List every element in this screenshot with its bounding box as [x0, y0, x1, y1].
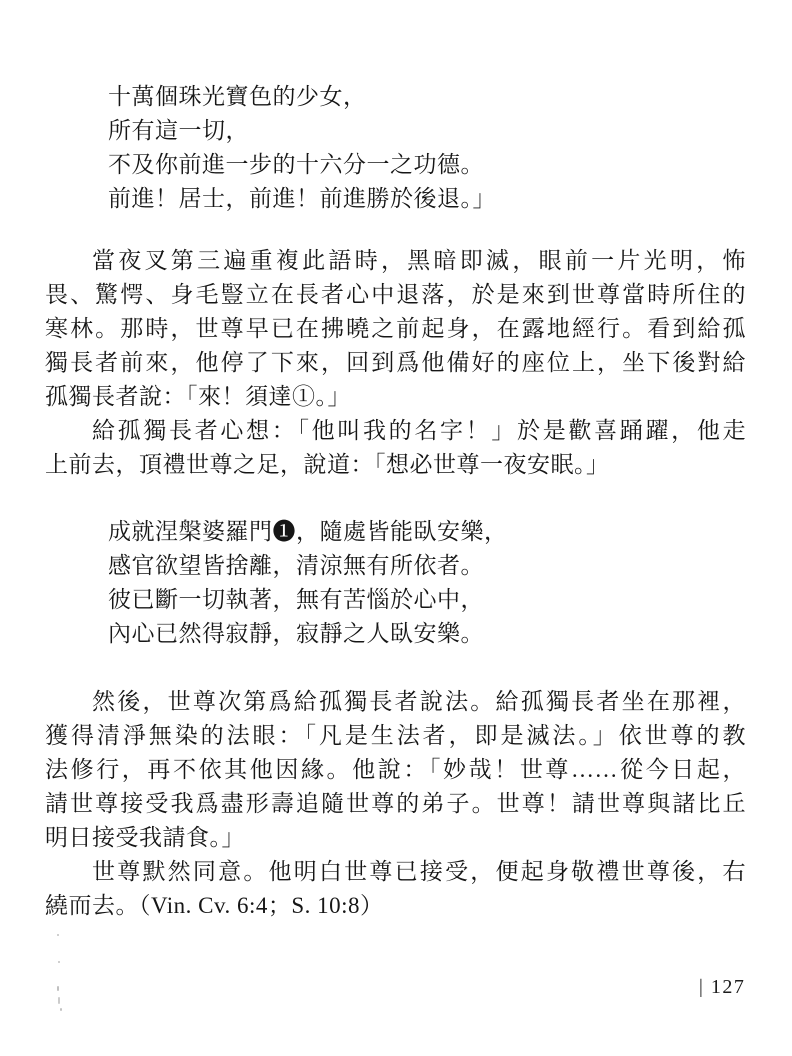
body-line: 當夜叉第三遍重複此語時，黑暗即滅，眼前一片光明，怖 [45, 244, 746, 278]
verse-line: 成就涅槃婆羅門❶，隨處皆能臥安樂， [45, 515, 746, 549]
verse-line: 不及你前進一步的十六分一之功德。 [45, 148, 746, 182]
page-number: | 127 [699, 975, 745, 999]
body-line: 給孤獨長者心想：「他叫我的名字！」於是歡喜踊躍，他走 [45, 414, 746, 448]
body-line: 明日接受我請食。」 [45, 821, 746, 855]
citation-line: 繞而去。（Vin. Cv. 6:4；S. 10:8） [45, 889, 746, 923]
verse-middle: 成就涅槃婆羅門❶，隨處皆能臥安樂， 感官欲望皆捨離，清涼無有所依者。 彼已斷一切… [45, 515, 746, 651]
verse-line: 彼已斷一切執著，無有苦惱於心中， [45, 583, 746, 617]
body-line: 請世尊接受我爲盡形壽追隨世尊的弟子。世尊！請世尊與諸比丘 [45, 787, 746, 821]
page-content: 十萬個珠光寶色的少女， 所有這一切， 不及你前進一步的十六分一之功德。 前進！居… [45, 80, 746, 923]
scan-artifact [58, 997, 60, 1004]
page-number-separator: | [699, 974, 703, 999]
verse-opening: 十萬個珠光寶色的少女， 所有這一切， 不及你前進一步的十六分一之功德。 前進！居… [45, 80, 746, 216]
verse-line: 前進！居士，前進！前進勝於後退。」 [45, 182, 746, 216]
paragraph-2: 然後，世尊次第爲給孤獨長者說法。給孤獨長者坐在那裡， 獲得清淨無染的法眼：「凡是… [45, 685, 746, 923]
verse-line: 感官欲望皆捨離，清涼無有所依者。 [45, 549, 746, 583]
body-line: 法修行，再不依其他因緣。他說：「妙哉！世尊……從今日起， [45, 753, 746, 787]
body-line: 孤獨長者說：「來！須達①。」 [45, 380, 746, 414]
page-number-value: 127 [711, 975, 746, 999]
scan-artifact [58, 961, 60, 963]
body-line: 然後，世尊次第爲給孤獨長者說法。給孤獨長者坐在那裡， [45, 685, 746, 719]
scan-artifact [57, 986, 59, 991]
paragraph-1: 當夜叉第三遍重複此語時，黑暗即滅，眼前一片光明，怖 畏、驚愕、身毛豎立在長者心中… [45, 244, 746, 482]
verse-line: 十萬個珠光寶色的少女， [45, 80, 746, 114]
body-line: 獨長者前來，他停了下來，回到爲他備好的座位上，坐下後對給 [45, 346, 746, 380]
body-line: 上前去，頂禮世尊之足，說道：「想必世尊一夜安眠。」 [45, 448, 746, 482]
body-line: 世尊默然同意。他明白世尊已接受，便起身敬禮世尊後，右 [45, 855, 746, 889]
verse-line: 所有這一切， [45, 114, 746, 148]
body-line: 獲得清淨無染的法眼：「凡是生法者，即是滅法。」依世尊的教 [45, 719, 746, 753]
body-line: 寒林。那時，世尊早已在拂曉之前起身，在露地經行。看到給孤 [45, 312, 746, 346]
book-page: 十萬個珠光寶色的少女， 所有這一切， 不及你前進一步的十六分一之功德。 前進！居… [0, 0, 792, 1056]
scan-artifact [60, 1008, 62, 1011]
scan-artifact [57, 934, 59, 936]
body-line: 畏、驚愕、身毛豎立在長者心中退落，於是來到世尊當時所住的 [45, 278, 746, 312]
verse-line: 內心已然得寂靜，寂靜之人臥安樂。 [45, 617, 746, 651]
